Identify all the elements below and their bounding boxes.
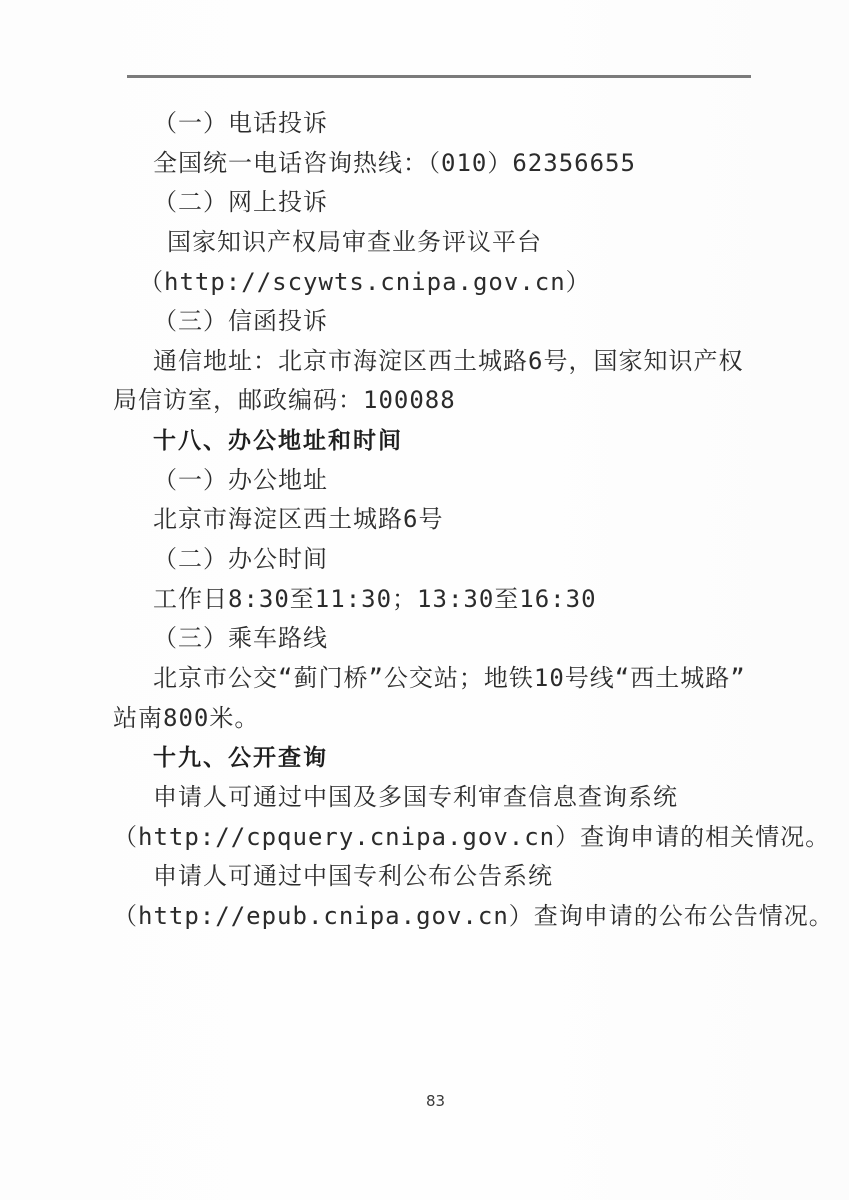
paragraph-office-address: 北京市海淀区西土城路6号 xyxy=(113,500,753,540)
paragraph-mailing-address-line1: 通信地址：北京市海淀区西土城路6号，国家知识产权 xyxy=(113,342,753,382)
paragraph-online-complaint-heading: （二）网上投诉 xyxy=(113,183,753,223)
paragraph-office-address-heading: （一）办公地址 xyxy=(113,461,753,501)
page-number: 83 xyxy=(0,1092,849,1110)
paragraph-mailing-address-line2: 局信访室，邮政编码：100088 xyxy=(113,381,753,421)
page-content: （一）电话投诉 全国统一电话咨询热线：（010）62356655 （二）网上投诉… xyxy=(113,104,753,936)
paragraph-query-system-line1: 申请人可通过中国及多国专利审查信息查询系统 xyxy=(113,778,753,818)
paragraph-query-system-url: （http://cpquery.cnipa.gov.cn）查询申请的相关情况。 xyxy=(113,818,753,858)
paragraph-publication-system-line1: 申请人可通过中国专利公布公告系统 xyxy=(113,857,753,897)
paragraph-phone-complaint-heading: （一）电话投诉 xyxy=(113,104,753,144)
paragraph-hotline-number: 全国统一电话咨询热线：（010）62356655 xyxy=(113,144,753,184)
section-heading-18: 十八、办公地址和时间 xyxy=(113,421,753,461)
section-heading-19: 十九、公开查询 xyxy=(113,738,753,778)
paragraph-transit-route-line1: 北京市公交“蓟门桥”公交站；地铁10号线“西土城路” xyxy=(113,659,753,699)
paragraph-office-hours-heading: （二）办公时间 xyxy=(113,540,753,580)
paragraph-letter-complaint-heading: （三）信函投诉 xyxy=(113,302,753,342)
document-page: （一）电话投诉 全国统一电话咨询热线：（010）62356655 （二）网上投诉… xyxy=(0,0,849,1200)
paragraph-transit-route-line2: 站南800米。 xyxy=(113,699,753,739)
paragraph-office-hours: 工作日8:30至11:30；13:30至16:30 xyxy=(113,580,753,620)
header-divider xyxy=(127,75,751,78)
paragraph-publication-system-url: （http://epub.cnipa.gov.cn）查询申请的公布公告情况。 xyxy=(113,897,753,937)
paragraph-review-platform-url: （http://scywts.cnipa.gov.cn） xyxy=(113,263,753,303)
paragraph-transit-route-heading: （三）乘车路线 xyxy=(113,619,753,659)
paragraph-review-platform-name: 国家知识产权局审查业务评议平台 xyxy=(113,223,753,263)
